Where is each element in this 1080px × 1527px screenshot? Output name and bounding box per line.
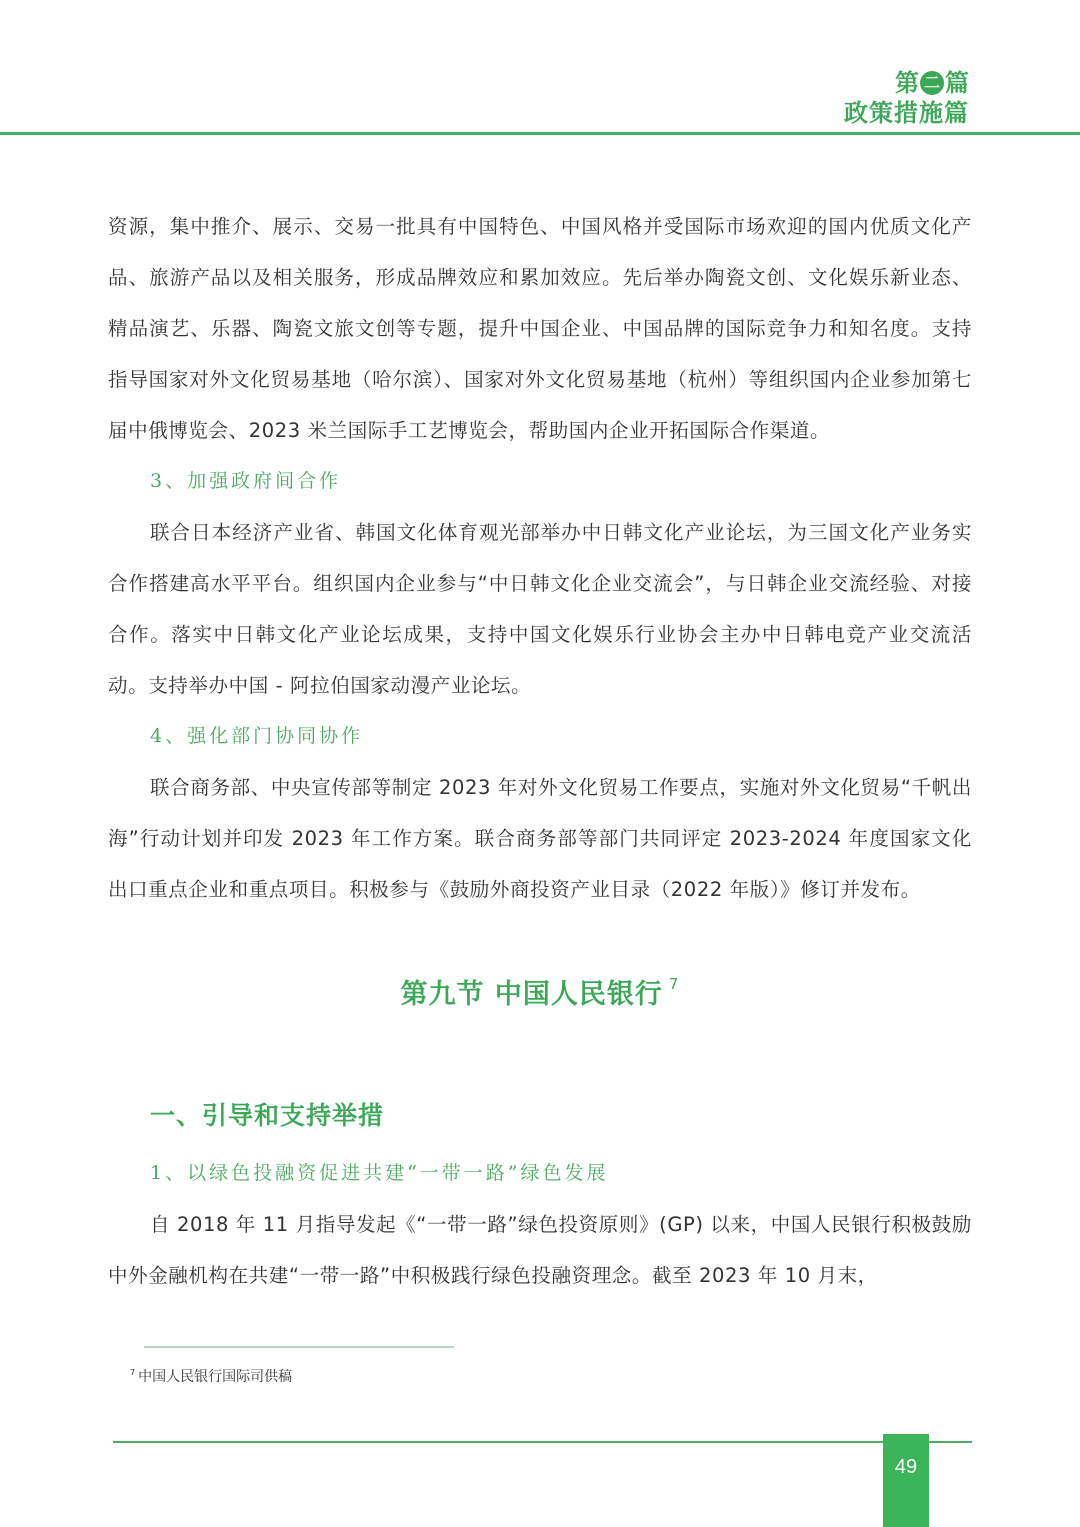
paragraph-3: 联合日本经济产业省、韩国文化体育观光部举办中日韩文化产业论坛，为三国文化产业务实… [108, 507, 972, 711]
body-block-lower: 1、以绿色投融资促进共建“一带一路”绿色发展 自 2018 年 11 月指导发起… [108, 1148, 972, 1301]
footnote-mark: 7 [130, 1368, 135, 1377]
footnote-reference[interactable]: 7 [669, 975, 680, 993]
part-number-badge: 二 [920, 71, 944, 95]
paragraph-4: 联合商务部、中央宣传部等制定 2023 年对外文化贸易工作要点，实施对外文化贸易… [108, 762, 972, 915]
chapter-title: 第九节 中国人民银行7 [0, 972, 1080, 1011]
footer-divider [113, 1441, 972, 1443]
subheading-3: 3、加强政府间合作 [108, 456, 972, 507]
footnote-text: 中国人民银行国际司供稿 [138, 1369, 292, 1385]
part-section-name: 政策措施篇 [844, 98, 969, 128]
part-header: 第二篇 政策措施篇 [844, 68, 969, 128]
body-block-upper: 资源，集中推介、展示、交易一批具有中国特色、中国风格并受国际市场欢迎的国内优质文… [108, 201, 972, 915]
subheading-1: 1、以绿色投融资促进共建“一带一路”绿色发展 [108, 1148, 972, 1199]
header-divider [0, 132, 1080, 135]
paragraph-continued: 资源，集中推介、展示、交易一批具有中国特色、中国风格并受国际市场欢迎的国内优质文… [108, 201, 972, 456]
chapter-title-text: 第九节 中国人民银行 [401, 979, 663, 1010]
page-number: 49 [883, 1434, 929, 1527]
part-prefix: 第 [895, 68, 919, 98]
footnote-divider [144, 1346, 454, 1348]
footnote: 7中国人民银行国际司供稿 [130, 1366, 292, 1386]
part-suffix: 篇 [945, 68, 969, 98]
part-label: 第二篇 [844, 68, 969, 98]
subheading-4: 4、强化部门协同协作 [108, 711, 972, 762]
section-heading: 一、引导和支持举措 [150, 1096, 384, 1132]
paragraph-1: 自 2018 年 11 月指导发起《“一带一路”绿色投资原则》(GP) 以来，中… [108, 1199, 972, 1301]
